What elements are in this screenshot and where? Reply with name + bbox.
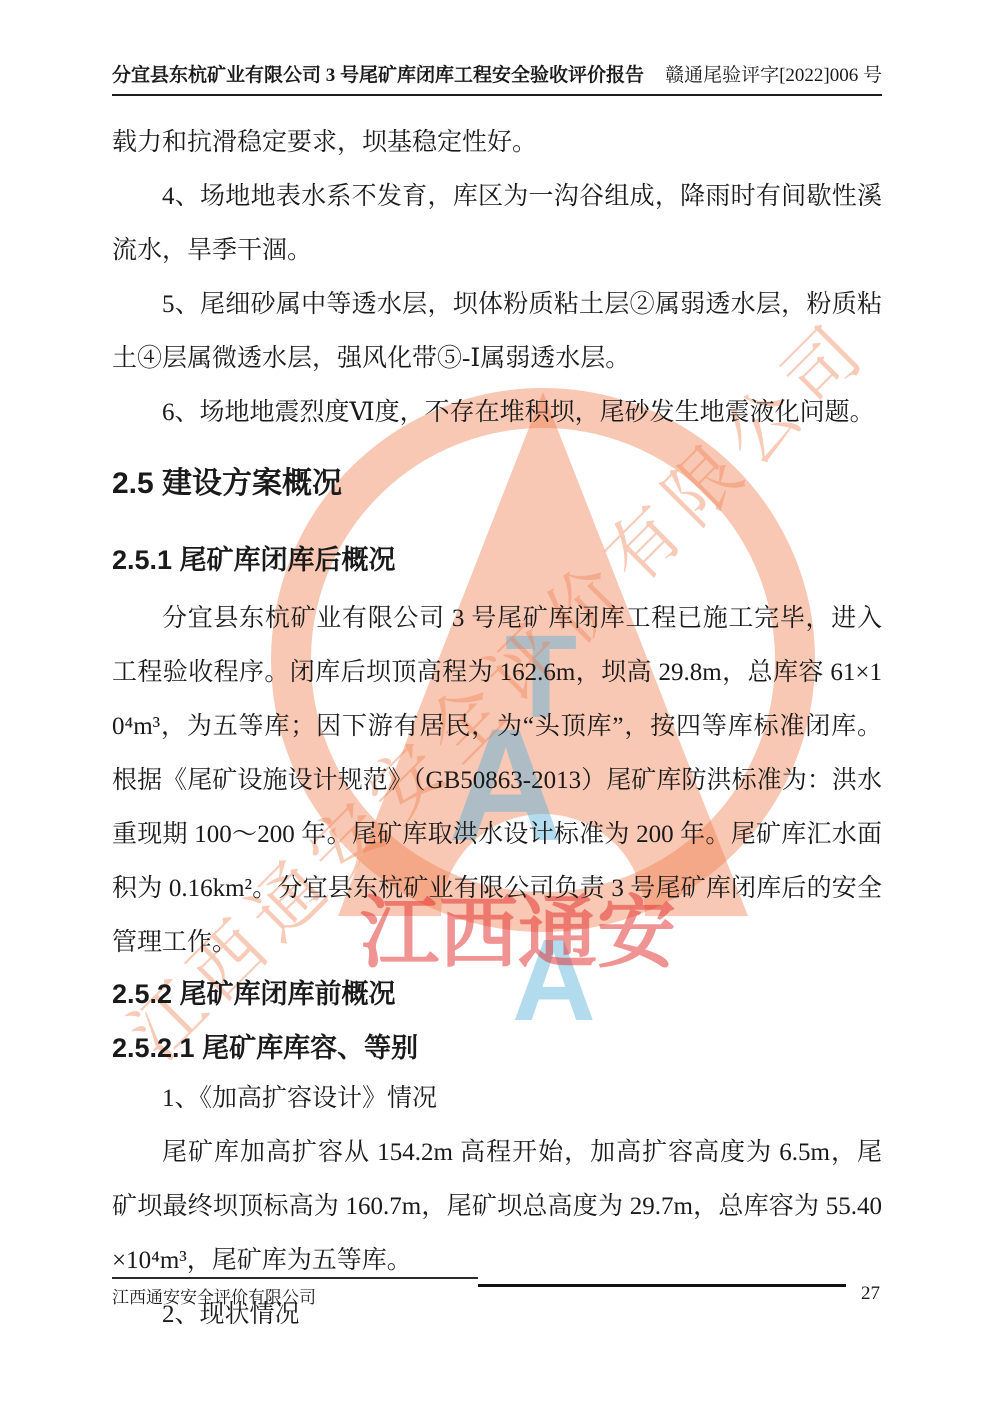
footer-rule-right (478, 1284, 846, 1287)
footer-company-name: 江西通安安全评价有限公司 (112, 1283, 316, 1308)
paragraph-item-design: 1、《加高扩容设计》情况 (112, 1072, 882, 1126)
paragraph-item-4: 4、场地地表水系不发育，库区为一沟谷组成，降雨时有间歇性溪流水，旱季干涸。 (112, 170, 882, 278)
paragraph-item-6: 6、场地地震烈度Ⅵ度，不存在堆积坝，尾砂发生地震液化问题。 (112, 386, 882, 440)
paragraph-item-5: 5、尾细砂属中等透水层，坝体粉质粘土层②属弱透水层，粉质粘土④层属微透水层，强风… (112, 278, 882, 386)
section-heading-2-5-2: 2.5.2 尾矿库闭库前概况 (112, 976, 882, 1012)
section-heading-2-5-1: 2.5.1 尾矿库闭库后概况 (112, 542, 882, 578)
paragraph-closure-overview: 分宜县东杭矿业有限公司 3 号尾矿库闭库工程已施工完毕，进入工程验收程序。闭库后… (112, 592, 882, 970)
footer-rule-left (112, 1277, 478, 1279)
page-header: 分宜县东杭矿业有限公司 3 号尾矿库闭库工程安全验收评价报告 赣通尾验评字[20… (112, 66, 882, 96)
header-doc-title: 分宜县东杭矿业有限公司 3 号尾矿库闭库工程安全验收评价报告 (112, 66, 644, 87)
paragraph-expansion-detail: 尾矿库加高扩容从 154.2m 高程开始，加高扩容高度为 6.5m，尾矿坝最终坝… (112, 1126, 882, 1288)
document-page: T A A 江西通安安全评价有限公司 江西通安 分宜县东杭矿业有限公司 3 号尾… (0, 0, 992, 1403)
header-doc-number: 赣通尾验评字[2022]006 号 (665, 66, 882, 87)
page-number: 27 (861, 1283, 880, 1305)
section-heading-2-5-2-1: 2.5.2.1 尾矿库库容、等别 (112, 1030, 882, 1066)
document-body: 载力和抗滑稳定要求，坝基稳定性好。 4、场地地表水系不发育，库区为一沟谷组成，降… (112, 116, 882, 1342)
section-heading-2-5: 2.5 建设方案概况 (112, 464, 882, 504)
paragraph-continuation: 载力和抗滑稳定要求，坝基稳定性好。 (112, 116, 882, 170)
